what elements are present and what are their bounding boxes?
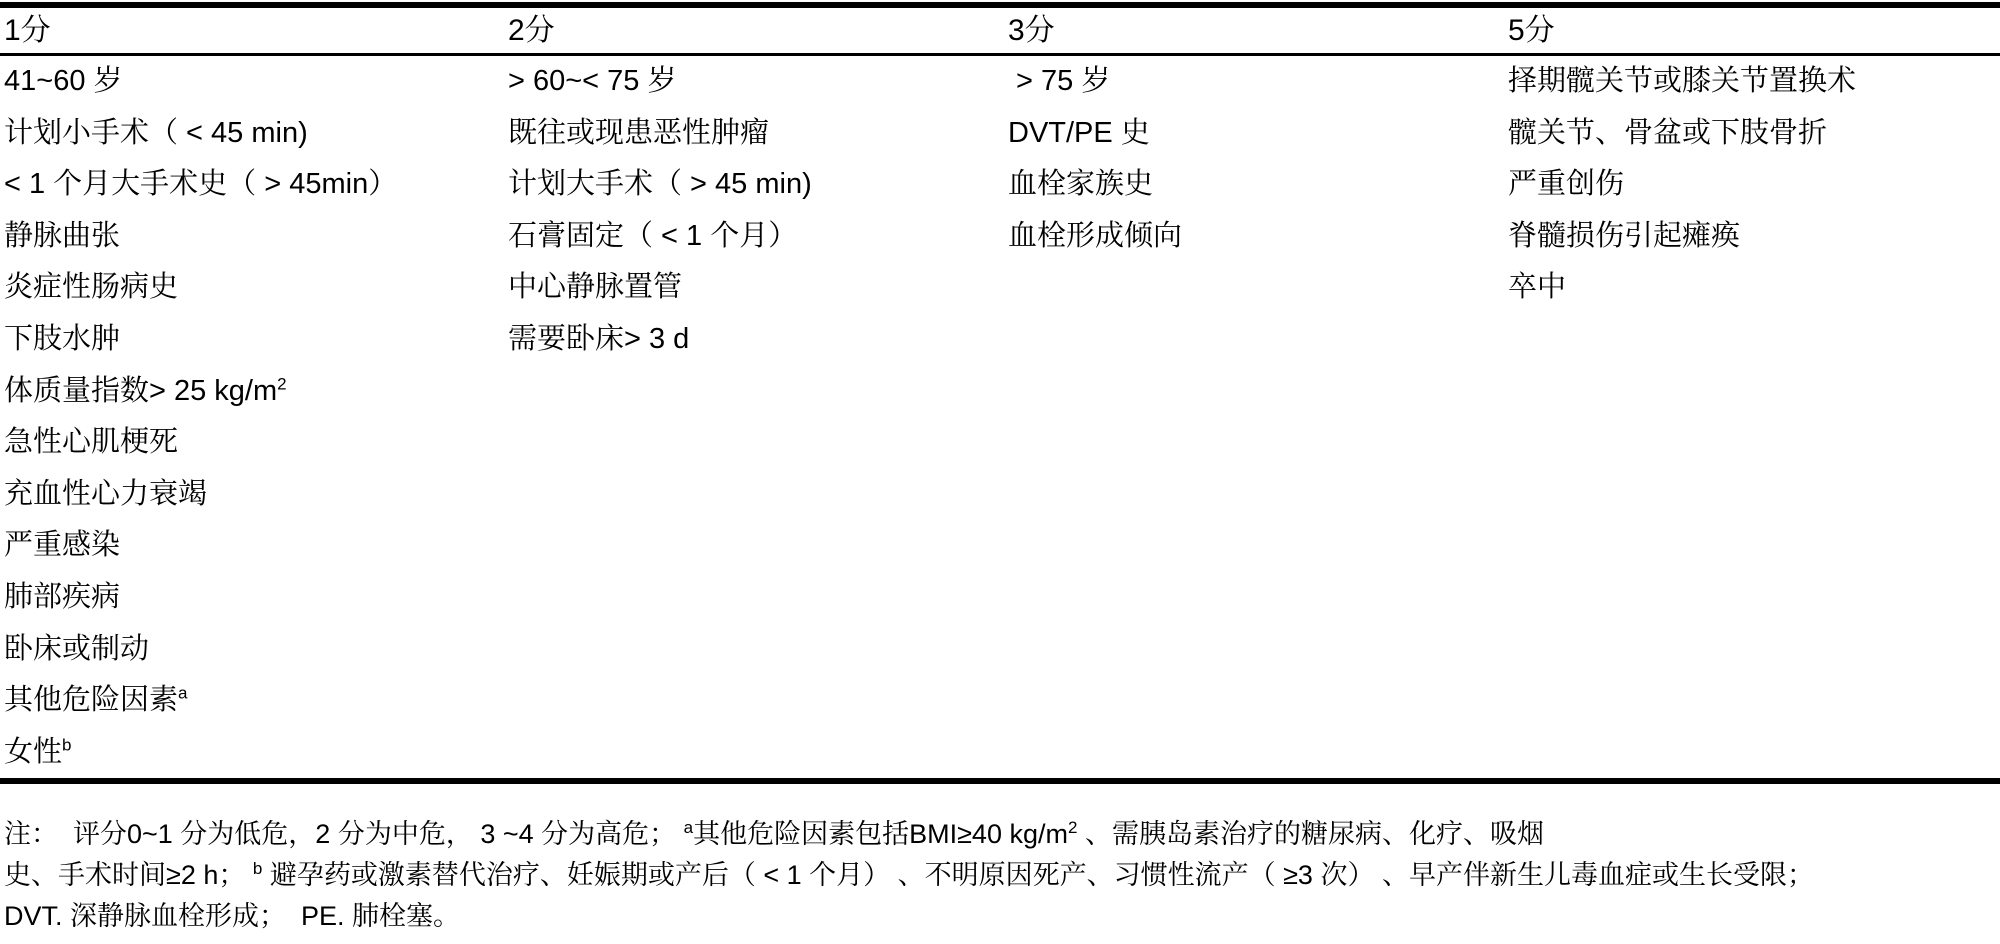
superscript-marker: a xyxy=(178,683,187,702)
table-column-3: > 75 岁DVT/PE 史血栓家族史血栓形成倾向 xyxy=(1008,56,1508,262)
risk-factor-cell: 肺部疾病 xyxy=(4,572,508,624)
risk-factor-cell: 髋关节、骨盆或下肢骨折 xyxy=(1508,108,2000,160)
risk-factor-text: 静脉曲张 xyxy=(4,220,120,252)
risk-factor-cell: 充血性心力衰竭 xyxy=(4,469,508,521)
table-header-row: 1分 2分 3分 5分 xyxy=(0,8,2000,53)
risk-factor-text: 女性 xyxy=(4,736,62,768)
risk-factor-cell: 择期髋关节或膝关节置换术 xyxy=(1508,56,2000,108)
risk-factor-cell: 严重感染 xyxy=(4,520,508,572)
risk-factor-text: > 75 岁 xyxy=(1008,65,1110,97)
risk-score-table: 1分 2分 3分 5分 41~60 岁计划小手术（ < 45 min)< 1 个… xyxy=(0,2,2000,784)
risk-factor-text: 计划大手术（ > 45 min) xyxy=(508,168,812,200)
footnote-text: DVT. 深静脉血栓形成； PE. 肺栓塞。 xyxy=(4,901,460,931)
risk-factor-cell: 女性b xyxy=(4,727,508,779)
risk-factor-cell: 石膏固定（ < 1 个月） xyxy=(508,211,1008,263)
risk-factor-text: 严重创伤 xyxy=(1508,168,1624,200)
footnote-text: 、需胰岛素治疗的糖尿病、化疗、吸烟 xyxy=(1077,819,1544,849)
column-header-3-points: 3分 xyxy=(1008,8,1508,53)
footnote-text: 注： 评分0~1 分为低危，2 分为中危， 3 ~4 分为高危； xyxy=(4,819,684,849)
risk-factor-cell: 严重创伤 xyxy=(1508,159,2000,211)
risk-factor-text: 肺部疾病 xyxy=(4,581,120,613)
risk-factor-cell: DVT/PE 史 xyxy=(1008,108,1508,160)
risk-factor-text: 脊髓损伤引起瘫痪 xyxy=(1508,220,1740,252)
risk-factor-cell: 41~60 岁 xyxy=(4,56,508,108)
risk-factor-cell: 计划小手术（ < 45 min) xyxy=(4,108,508,160)
risk-factor-cell: 脊髓损伤引起瘫痪 xyxy=(1508,211,2000,263)
risk-factor-text: 下肢水肿 xyxy=(4,323,120,355)
footnote-superscript: a xyxy=(684,818,693,837)
risk-factor-cell: 既往或现患恶性肿瘤 xyxy=(508,108,1008,160)
risk-factor-text: 中心静脉置管 xyxy=(508,271,682,303)
risk-factor-cell: 卧床或制动 xyxy=(4,624,508,676)
risk-factor-cell: 需要卧床> 3 d xyxy=(508,314,1008,366)
risk-factor-text: 髋关节、骨盆或下肢骨折 xyxy=(1508,117,1827,149)
risk-factor-text: 41~60 岁 xyxy=(4,65,123,97)
risk-factor-cell: 其他危险因素a xyxy=(4,675,508,727)
risk-factor-text: 血栓形成倾向 xyxy=(1008,220,1182,252)
risk-factor-cell: 卒中 xyxy=(1508,262,2000,314)
risk-factor-text: 血栓家族史 xyxy=(1008,168,1153,200)
risk-factor-cell: 炎症性肠病史 xyxy=(4,262,508,314)
risk-factor-cell: 静脉曲张 xyxy=(4,211,508,263)
risk-factor-cell: 计划大手术（ > 45 min) xyxy=(508,159,1008,211)
risk-factor-cell: 血栓形成倾向 xyxy=(1008,211,1508,263)
risk-factor-text: 体质量指数> 25 kg/m xyxy=(4,375,277,407)
risk-factor-text: 计划小手术（ < 45 min) xyxy=(4,117,308,149)
risk-factor-text: 石膏固定（ < 1 个月） xyxy=(508,220,797,252)
risk-factor-text: 既往或现患恶性肿瘤 xyxy=(508,117,769,149)
risk-factor-text: 其他危险因素 xyxy=(4,684,178,716)
risk-factor-cell: 体质量指数> 25 kg/m2 xyxy=(4,366,508,418)
column-header-2-points: 2分 xyxy=(508,8,1008,53)
superscript-marker: b xyxy=(62,735,71,754)
table-column-2: > 60~< 75 岁既往或现患恶性肿瘤计划大手术（ > 45 min)石膏固定… xyxy=(508,56,1008,366)
footnote-text: 史、手术时间≥2 h； xyxy=(4,860,253,890)
risk-factor-cell: 中心静脉置管 xyxy=(508,262,1008,314)
risk-factor-text: 急性心肌梗死 xyxy=(4,426,178,458)
column-header-1-point: 1分 xyxy=(4,8,508,53)
caprini-risk-table-page: 1分 2分 3分 5分 41~60 岁计划小手术（ < 45 min)< 1 个… xyxy=(0,2,2000,937)
risk-factor-text: > 60~< 75 岁 xyxy=(508,65,677,97)
footnote-text: 其他危险因素包括BMI≥40 kg/m xyxy=(693,819,1068,849)
risk-factor-text: DVT/PE 史 xyxy=(1008,117,1150,149)
risk-factor-text: 炎症性肠病史 xyxy=(4,271,178,303)
risk-factor-cell: > 75 岁 xyxy=(1008,56,1508,108)
risk-factor-text: 卒中 xyxy=(1508,271,1566,303)
risk-factor-text: < 1 个月大手术史（ > 45min） xyxy=(4,168,397,200)
superscript-marker: 2 xyxy=(277,374,286,393)
risk-factor-cell: > 60~< 75 岁 xyxy=(508,56,1008,108)
table-bottom-rule xyxy=(0,778,2000,784)
risk-factor-text: 择期髋关节或膝关节置换术 xyxy=(1508,65,1856,97)
risk-factor-text: 需要卧床> 3 d xyxy=(508,323,689,355)
footnote: 注： 评分0~1 分为低危，2 分为中危， 3 ~4 分为高危； a其他危险因素… xyxy=(0,814,2000,937)
table-body: 41~60 岁计划小手术（ < 45 min)< 1 个月大手术史（ > 45m… xyxy=(0,56,2000,778)
risk-factor-text: 卧床或制动 xyxy=(4,633,149,665)
risk-factor-text: 充血性心力衰竭 xyxy=(4,478,207,510)
table-column-4: 择期髋关节或膝关节置换术髋关节、骨盆或下肢骨折严重创伤脊髓损伤引起瘫痪卒中 xyxy=(1508,56,2000,314)
risk-factor-cell: 急性心肌梗死 xyxy=(4,417,508,469)
table-column-1: 41~60 岁计划小手术（ < 45 min)< 1 个月大手术史（ > 45m… xyxy=(4,56,508,778)
risk-factor-cell: 血栓家族史 xyxy=(1008,159,1508,211)
risk-factor-text: 严重感染 xyxy=(4,529,120,561)
footnote-superscript: b xyxy=(253,859,262,878)
footnote-text: 避孕药或激素替代治疗、妊娠期或产后（ < 1 个月） 、不明原因死产、习惯性流产… xyxy=(262,860,1814,890)
risk-factor-cell: 下肢水肿 xyxy=(4,314,508,366)
risk-factor-cell: < 1 个月大手术史（ > 45min） xyxy=(4,159,508,211)
column-header-5-points: 5分 xyxy=(1508,8,2000,53)
